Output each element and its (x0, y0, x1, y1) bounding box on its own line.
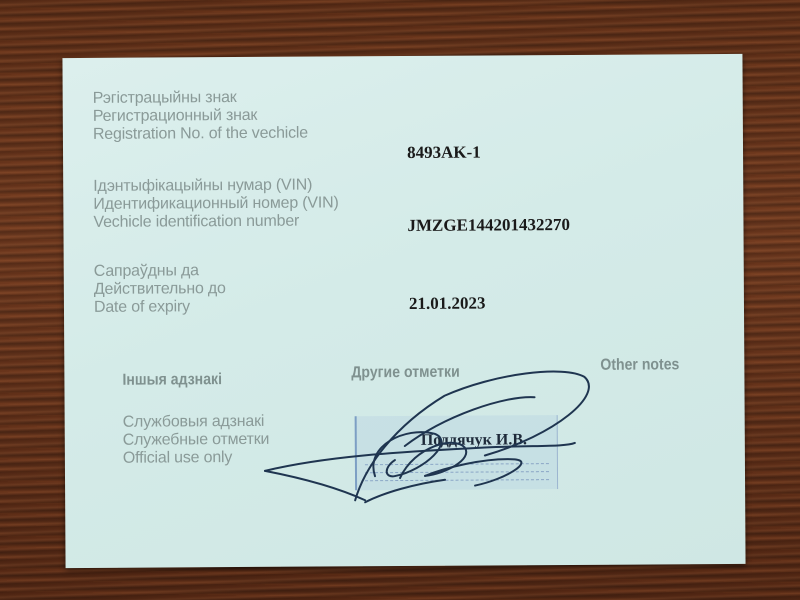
registration-label: Рэгістрацыйны знак Регистрационный знак … (93, 89, 308, 144)
expiry-label-be: Сапраўдны да (94, 262, 226, 281)
official-label-en: Official use only (123, 449, 270, 468)
registration-value: 8493AK-1 (407, 143, 481, 163)
vin-label-be: Ідэнтыфікацыйны нумар (VIN) (93, 176, 338, 195)
stamp-name: Поддячук И.В. (421, 431, 527, 450)
stamp-line (365, 463, 549, 465)
registration-label-be: Рэгістрацыйны знак (93, 89, 308, 108)
vin-value: JMZGE144201432270 (407, 215, 570, 236)
registration-label-ru: Регистрационный знак (93, 107, 308, 126)
official-label-be: Службовыя адзнакі (123, 413, 270, 432)
other-notes-en: Other notes (600, 356, 679, 374)
stamp-line (365, 479, 549, 481)
official-label-ru: Служебные отметки (123, 431, 270, 450)
expiry-label-en: Date of expiry (94, 298, 226, 317)
registration-label-en: Registration No. of the vechicle (93, 125, 308, 144)
vin-label-en: Vechicle identification number (93, 212, 338, 231)
document-paper: Рэгістрацыйны знак Регистрационный знак … (62, 54, 745, 568)
expiry-label-ru: Действительно до (94, 280, 226, 299)
official-stamp (355, 415, 558, 490)
official-label: Службовыя адзнакі Служебные отметки Offi… (123, 413, 270, 468)
expiry-value: 21.01.2023 (409, 294, 486, 314)
expiry-label: Сапраўдны да Действительно до Date of ex… (94, 262, 226, 317)
other-notes-be: Іншыя адзнакі (122, 371, 222, 390)
vin-label-ru: Идентификационный номер (VIN) (93, 194, 338, 213)
vin-label: Ідэнтыфікацыйны нумар (VIN) Идентификаци… (93, 176, 339, 231)
stamp-line (365, 471, 549, 473)
other-notes-ru: Другие отметки (351, 364, 459, 383)
